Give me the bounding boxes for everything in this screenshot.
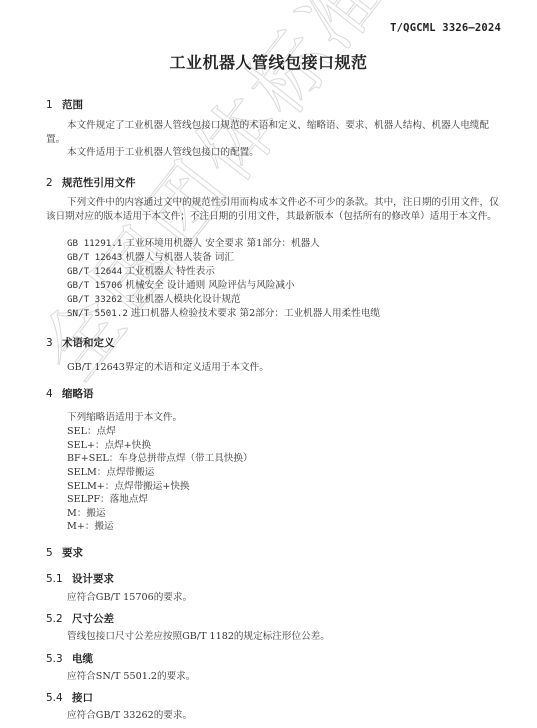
- reference-code: SN/T 5501.2: [67, 308, 128, 319]
- paragraph: 本文件规定了工业机器人管线包接口规范的术语和定义、缩略语、要求、机器人结构、机器…: [46, 119, 502, 146]
- paragraph: 应符合GB/T 15706的要求。: [67, 591, 192, 605]
- section-title: 范围: [62, 99, 83, 111]
- section-number: 3: [46, 337, 62, 349]
- paragraph: 管线包接口尺寸公差应按照GB/T 1182的规定标注形位公差。: [67, 630, 330, 644]
- reference-item: SN/T 5501.2 进口机器人检验技术要求 第2部分：工业机器人用柔性电缆: [67, 307, 380, 321]
- abbreviation-item: M+：搬运: [67, 520, 114, 534]
- section-heading-4: 4缩略语: [46, 386, 94, 401]
- abbreviation-item: SEL+：点焊+快换: [67, 439, 151, 453]
- reference-item: GB/T 12644 工业机器人 特性表示: [67, 265, 215, 279]
- reference-code: GB/T 12643: [67, 252, 122, 263]
- document-page: 全国团体标准信息平台 T/QGCML 3326—2024 工业机器人管线包接口规…: [0, 0, 537, 728]
- subsection-title: 电缆: [72, 653, 93, 665]
- section-heading-5: 5要求: [46, 545, 83, 560]
- section-heading-3: 3术语和定义: [46, 335, 115, 350]
- subsection-heading-5-2: 5.2尺寸公差: [46, 611, 114, 626]
- section-title: 规范性引用文件: [62, 177, 136, 189]
- reference-code: GB/T 33262: [67, 294, 122, 305]
- paragraph: 下列文件中的内容通过文中的规范性引用而构成本文件必不可少的条款。其中，注日期的引…: [46, 196, 502, 223]
- section-heading-1: 1范围: [46, 97, 83, 112]
- reference-code: GB/T 12644: [67, 266, 122, 277]
- document-title: 工业机器人管线包接口规范: [0, 50, 537, 73]
- section-number: 4: [46, 388, 62, 400]
- paragraph: 本文件适用于工业机器人管线包接口的配置。: [46, 146, 502, 160]
- reference-name: 进口机器人检验技术要求 第2部分：工业机器人用柔性电缆: [131, 308, 380, 319]
- subsection-heading-5-4: 5.4接口: [46, 690, 93, 705]
- section-title: 要求: [62, 547, 83, 559]
- reference-name: 工业环境用机器人 安全要求 第1部分：机器人: [125, 238, 319, 249]
- reference-item: GB/T 12643 机器人与机器人装备 词汇: [67, 251, 234, 265]
- abbreviation-item: M：搬运: [67, 507, 106, 521]
- section-number: 5: [46, 547, 62, 559]
- subsection-title: 尺寸公差: [72, 613, 114, 625]
- subsection-title: 接口: [72, 692, 93, 704]
- reference-code: GB 11291.1: [67, 238, 122, 249]
- reference-name: 机器人与机器人装备 词汇: [125, 252, 234, 263]
- reference-name: 机械安全 设计通则 风险评估与风险减小: [125, 280, 294, 291]
- section-heading-2: 2规范性引用文件: [46, 175, 136, 190]
- abbreviation-item: SELM：点焊带搬运: [67, 466, 154, 480]
- abbreviation-item: BF+SEL：车身总拼带点焊（带工具快换）: [67, 452, 253, 466]
- subsection-heading-5-1: 5.1设计要求: [46, 571, 114, 586]
- abbreviation-item: SEL：点焊: [67, 425, 116, 439]
- abbreviation-item: SELPF：落地点焊: [67, 493, 148, 507]
- subsection-number: 5.1: [46, 573, 72, 585]
- subsection-title: 设计要求: [72, 573, 114, 585]
- section-number: 1: [46, 99, 62, 111]
- section-title: 术语和定义: [62, 337, 115, 349]
- paragraph: 应符合SN/T 5501.2的要求。: [67, 670, 195, 684]
- reference-code: GB/T 15706: [67, 280, 122, 291]
- paragraph: 下列缩略语适用于本文件。: [67, 411, 182, 425]
- subsection-number: 5.4: [46, 692, 72, 704]
- reference-item: GB/T 33262 工业机器人模块化设计规范: [67, 293, 241, 307]
- subsection-number: 5.2: [46, 613, 72, 625]
- section-title: 缩略语: [62, 388, 94, 400]
- paragraph: 应符合GB/T 33262的要求。: [67, 709, 192, 723]
- section-number: 2: [46, 177, 62, 189]
- reference-item: GB 11291.1 工业环境用机器人 安全要求 第1部分：机器人: [67, 237, 320, 251]
- reference-item: GB/T 15706 机械安全 设计通则 风险评估与风险减小: [67, 279, 295, 293]
- reference-name: 工业机器人模块化设计规范: [125, 294, 240, 305]
- subsection-number: 5.3: [46, 653, 72, 665]
- paragraph: GB/T 12643界定的术语和定义适用于本文件。: [67, 361, 269, 375]
- abbreviation-item: SELM+：点焊带搬运+快换: [67, 480, 190, 494]
- subsection-heading-5-3: 5.3电缆: [46, 651, 93, 666]
- reference-name: 工业机器人 特性表示: [125, 266, 214, 277]
- document-code: T/QGCML 3326—2024: [390, 22, 501, 34]
